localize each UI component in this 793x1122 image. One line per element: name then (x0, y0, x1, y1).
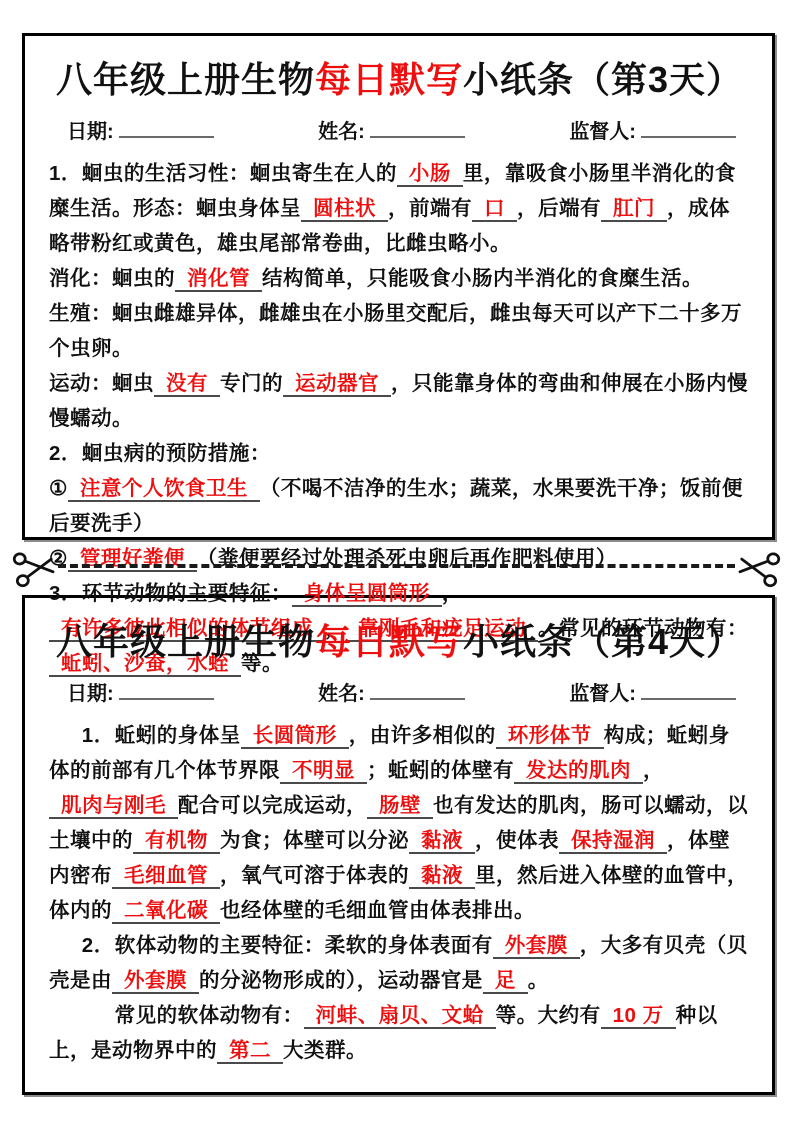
text-run: ，前端有 (388, 197, 472, 220)
name-field: 姓名: (318, 115, 465, 144)
text-run: 专门的 (220, 372, 283, 395)
fill-in-answer: 黏液 (409, 864, 475, 889)
text-run: 常见的软体动物有： (115, 1004, 304, 1027)
fill-in-answer: 口 (472, 197, 517, 222)
day3-section: 八年级上册生物每日默写小纸条（第3天） 日期: 姓名: 监督人: 1．蛔虫的生活… (22, 33, 775, 540)
name-label: 姓名: (318, 683, 365, 705)
supervisor-blank (641, 681, 736, 700)
fill-in-answer: 足 (483, 969, 528, 994)
fill-in-answer: 10 万 (601, 1004, 676, 1029)
fill-in-answer: 小肠 (397, 162, 463, 187)
dictation-paragraph: 2．软体动物的主要特征：柔软的身体表面有外套膜，大多有贝壳（贝壳是由外套膜的分泌… (49, 928, 750, 998)
title-prefix: 八年级上册生物 (56, 621, 315, 662)
date-field: 日期: (67, 115, 214, 144)
dictation-paragraph: ①注意个人饮食卫生（不喝不洁净的生水；蔬菜，水果要洗干净；饭前便后要洗手） (49, 471, 750, 541)
supervisor-label: 监督人: (569, 121, 636, 143)
fill-in-answer: 有机物 (133, 829, 220, 854)
text-run: ，后端有 (517, 197, 601, 220)
text-run: ；蚯蚓的体壁有 (367, 759, 514, 782)
text-run: 为食；体壁可以分泌 (220, 829, 409, 852)
worksheet-page: 八年级上册生物每日默写小纸条（第3天） 日期: 姓名: 监督人: 1．蛔虫的生活… (0, 0, 793, 1122)
dictation-paragraph: 1．蛔虫的生活习性：蛔虫寄生在人的小肠里，靠吸食小肠里半消化的食糜生活。形态：蛔… (49, 156, 750, 261)
text-run: 2．软体动物的主要特征：柔软的身体表面有 (82, 934, 493, 957)
fill-in-answer: 黏液 (409, 829, 475, 854)
name-blank (370, 119, 465, 138)
supervisor-field: 监督人: (569, 115, 736, 144)
date-label: 日期: (67, 683, 114, 705)
text-run: 也经体壁的毛细血管由体表排出。 (220, 899, 535, 922)
fill-in-answer: 发达的肌肉 (514, 759, 643, 784)
fill-in-answer: 运动器官 (283, 372, 391, 397)
text-run: ， (643, 759, 664, 782)
text-run: ，使体表 (475, 829, 559, 852)
day3-meta-row: 日期: 姓名: 监督人: (49, 115, 750, 144)
fill-in-answer: 长圆筒形 (241, 724, 349, 749)
text-run: 1．蚯蚓的身体呈 (82, 724, 241, 747)
date-blank (119, 119, 214, 138)
dictation-paragraph: 运动：蛔虫没有专门的运动器官，只能靠身体的弯曲和伸展在小肠内慢慢蠕动。 (49, 366, 750, 436)
date-field: 日期: (67, 677, 214, 706)
fill-in-answer: 保持湿润 (559, 829, 667, 854)
fill-in-answer: 注意个人饮食卫生 (68, 477, 260, 502)
scissors-icon (9, 543, 59, 593)
fill-in-answer: 肛门 (601, 197, 667, 222)
text-run: ，氧气可溶于体表的 (220, 864, 409, 887)
fill-in-answer: 二氧化碳 (112, 899, 220, 924)
fill-in-answer: 环形体节 (496, 724, 604, 749)
text-run: 结构简单，只能吸食小肠内半消化的食糜生活。 (262, 267, 703, 290)
text-run: 配合可以完成运动， (178, 794, 367, 817)
day4-body: 1．蚯蚓的身体呈长圆筒形，由许多相似的环形体节构成；蚯蚓身体的前部有几个体节界限… (49, 718, 750, 1068)
text-run: ① (49, 477, 68, 500)
dictation-paragraph: 2．蛔虫病的预防措施： (49, 436, 750, 471)
dictation-paragraph: 常见的软体动物有：河蚌、扇贝、文蛤等。大约有10 万种以上，是动物界中的第二大类… (49, 998, 750, 1068)
fill-in-answer: 肌肉与刚毛 (49, 794, 178, 819)
cut-line (0, 540, 793, 595)
text-run: 生殖：蛔虫雌雄异体，雌雄虫在小肠里交配后，雌虫每天可以产下二十多万个虫卵。 (49, 302, 742, 360)
supervisor-blank (641, 119, 736, 138)
fill-in-answer: 毛细血管 (112, 864, 220, 889)
supervisor-label: 监督人: (569, 683, 636, 705)
fill-in-answer: 外套膜 (493, 934, 580, 959)
fill-in-answer: 外套膜 (112, 969, 199, 994)
text-run: 的分泌物形成的），运动器官是 (199, 969, 483, 992)
dictation-paragraph: 消化：蛔虫的消化管结构简单，只能吸食小肠内半消化的食糜生活。 (49, 261, 750, 296)
fill-in-answer: 圆柱状 (301, 197, 388, 222)
name-field: 姓名: (318, 677, 465, 706)
fill-in-answer: 不明显 (280, 759, 367, 784)
dictation-paragraph: 生殖：蛔虫雌雄异体，雌雄虫在小肠里交配后，雌虫每天可以产下二十多万个虫卵。 (49, 296, 750, 366)
day3-title: 八年级上册生物每日默写小纸条（第3天） (49, 52, 750, 103)
title-prefix: 八年级上册生物 (56, 59, 315, 100)
text-run: 等。大约有 (496, 1004, 601, 1027)
dictation-paragraph: 1．蚯蚓的身体呈长圆筒形，由许多相似的环形体节构成；蚯蚓身体的前部有几个体节界限… (49, 718, 750, 928)
fill-in-answer: 没有 (154, 372, 220, 397)
day4-title: 八年级上册生物每日默写小纸条（第4天） (49, 614, 750, 665)
scissors-icon (734, 543, 784, 593)
text-run: 运动：蛔虫 (49, 372, 154, 395)
text-run: 大类群。 (283, 1039, 367, 1062)
text-run: 。 (528, 969, 549, 992)
title-highlight: 每日默写 (315, 59, 463, 100)
text-run: ，由许多相似的 (349, 724, 496, 747)
text-run: 2．蛔虫病的预防措施： (49, 442, 271, 465)
title-suffix: 小纸条（第4天） (463, 621, 743, 662)
day4-meta-row: 日期: 姓名: 监督人: (49, 677, 750, 706)
fill-in-answer: 第二 (217, 1039, 283, 1064)
title-highlight: 每日默写 (315, 621, 463, 662)
name-blank (370, 681, 465, 700)
date-blank (119, 681, 214, 700)
fill-in-answer: 消化管 (175, 267, 262, 292)
title-suffix: 小纸条（第3天） (463, 59, 743, 100)
dashed-cut-rule (58, 564, 735, 568)
fill-in-answer: 河蚌、扇贝、文蛤 (304, 1004, 496, 1029)
supervisor-field: 监督人: (569, 677, 736, 706)
text-run: 消化：蛔虫的 (49, 267, 175, 290)
name-label: 姓名: (318, 121, 365, 143)
date-label: 日期: (67, 121, 114, 143)
fill-in-answer: 肠壁 (367, 794, 433, 819)
text-run: 1．蛔虫的生活习性：蛔虫寄生在人的 (49, 162, 397, 185)
